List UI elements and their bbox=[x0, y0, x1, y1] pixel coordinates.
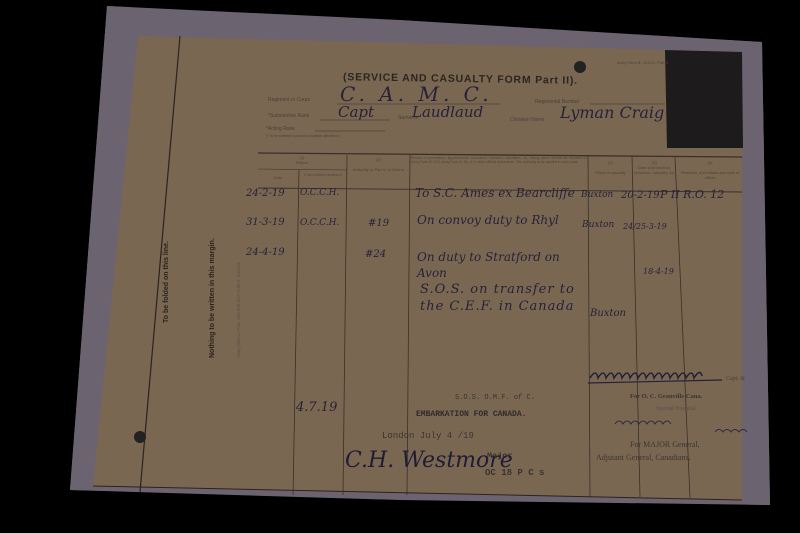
row1-place: Buxton bbox=[581, 190, 613, 200]
stamp-capt: Capt. & bbox=[726, 376, 745, 382]
acting-rank-label: *Acting Rank bbox=[266, 126, 295, 132]
row2-record: On convoy duty to Rhyl bbox=[417, 212, 587, 228]
row2-from: O.C.C.H. bbox=[300, 218, 339, 228]
row1-remarks: P II R.O. 12 bbox=[660, 188, 724, 201]
form-reference: Army Form B. 103-11. Part II. bbox=[613, 60, 673, 65]
row1-date: 24-2-19 bbox=[246, 188, 285, 199]
substantive-rank-value: Capt bbox=[338, 103, 374, 121]
pencil-footnote: (* To be entered in pencil to facilitate… bbox=[266, 134, 340, 138]
fold-line-note: To be folded on this line. bbox=[163, 241, 170, 323]
row2-date-effect: 24/25-3-19 bbox=[623, 222, 667, 231]
black-tab bbox=[665, 50, 743, 148]
printer-note: Army W&Co.-Prin. 100,000 8/17 H.W.V. 110… bbox=[236, 262, 241, 358]
christian-name-value: Lyman Craig bbox=[560, 103, 664, 122]
col-3-header: Record of promotions, appointments, redu… bbox=[411, 156, 587, 164]
col-1-header: (1)Report bbox=[258, 155, 346, 165]
row3-record: On duty to Stratford on Avon bbox=[417, 249, 577, 281]
punch-hole-left bbox=[134, 431, 146, 443]
substantive-rank-label: *Substantive Rank bbox=[268, 113, 309, 119]
row3-authority: #24 bbox=[365, 249, 386, 260]
stamp-sos-line: S.O.S. O.M.F. of C. bbox=[455, 394, 535, 402]
col-2-header: (2)Authority or Part II. of Orders bbox=[348, 157, 409, 172]
stamp-special-hospital: Special Hospital. bbox=[656, 406, 697, 412]
row1-date-effect: 20-2-19 bbox=[621, 190, 660, 201]
signature-westmore: C.H. Westmore bbox=[345, 448, 513, 473]
row4-record: S.O.S. on transfer to the C.E.F. in Cana… bbox=[420, 281, 580, 315]
row3-date: 24-4-19 bbox=[246, 247, 285, 258]
stamp-london-date: London July 4 /19 bbox=[382, 431, 474, 441]
col-5-header: (5)Date of promotion, reduction, casualt… bbox=[633, 160, 676, 175]
regiment-label: Regiment or Corps bbox=[268, 97, 310, 103]
stamp-for-major-general: For MAJOR General, bbox=[630, 440, 700, 449]
stamp-for-granville: For O. C. Granville Cana. bbox=[630, 393, 702, 400]
row2-authority: #19 bbox=[368, 218, 389, 229]
christian-name-label: Christian Name bbox=[510, 117, 544, 123]
margin-no-write-note: Nothing to be written in this margin. bbox=[209, 238, 216, 358]
col-4-header: (4)Place of casualty bbox=[589, 160, 632, 175]
surname-value: Laudlaud bbox=[412, 103, 483, 121]
document-photo: Army Form B. 103-11. Part II. (SERVICE A… bbox=[0, 0, 800, 533]
row3-date-effect: 18-4-19 bbox=[643, 267, 674, 276]
row2-place: Buxton bbox=[582, 220, 614, 230]
stamp-date-handwritten: 4.7.19 bbox=[296, 400, 337, 415]
col-1a-header: Date bbox=[258, 175, 298, 180]
row4-place: Buxton bbox=[590, 308, 626, 319]
stamp-embarkation: EMBARKATION FOR CANADA. bbox=[416, 410, 526, 419]
row1-from: O.C.C.H. bbox=[300, 188, 339, 198]
col-1b-header: From whom received bbox=[300, 172, 346, 177]
col-6-header: (6)Remarks, and initials and rank of off… bbox=[680, 160, 740, 180]
punch-hole-top bbox=[574, 61, 586, 73]
row1-record: To S.C. Ames ex Bearcliffe bbox=[415, 186, 575, 200]
stamp-adjutant-general: Adjutant General, Canadians. bbox=[596, 453, 691, 462]
row2-date: 31-3-19 bbox=[246, 217, 285, 228]
